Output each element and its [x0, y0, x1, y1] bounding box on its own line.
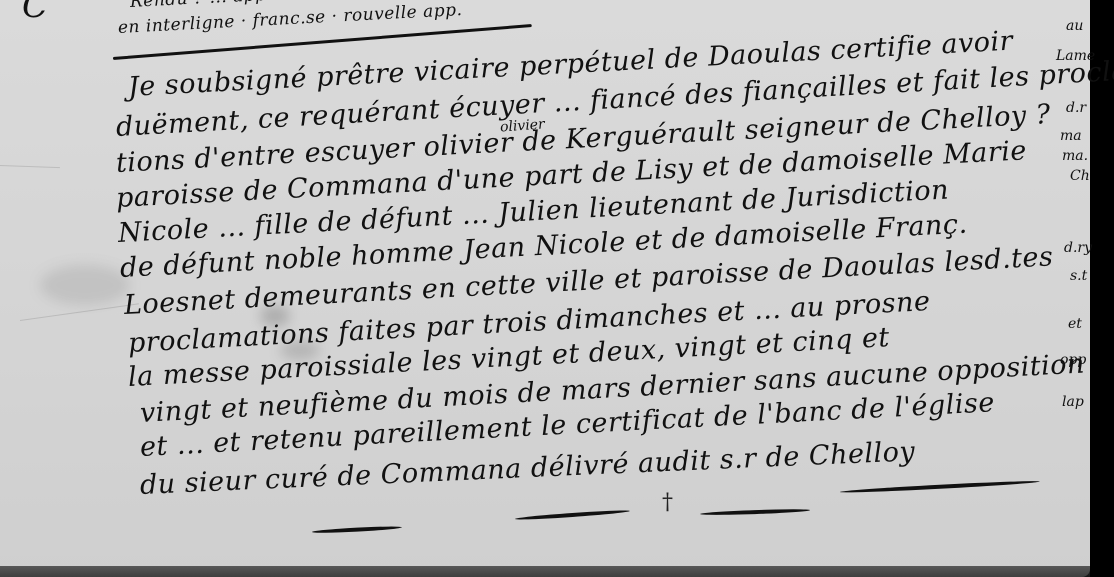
signature-cross-mark: †: [662, 490, 673, 515]
margin-note: lap: [1062, 394, 1084, 410]
decorative-initial: C: [22, 0, 48, 26]
margin-note: ma: [1060, 128, 1082, 144]
margin-note: d.ry: [1064, 240, 1092, 256]
ink-smudge: [40, 265, 130, 305]
margin-note: et: [1068, 316, 1082, 332]
margin-note: Lame: [1056, 48, 1095, 64]
margin-note: Ch: [1070, 168, 1090, 184]
closing-flourish: [840, 480, 1040, 494]
paper-sheet: C Rendu ? ... approuvé en interligne · f…: [0, 0, 1090, 577]
closing-flourish: [312, 525, 402, 534]
closing-flourish: [515, 509, 630, 521]
closing-flourish: [700, 508, 810, 516]
page-bottom-edge: [0, 566, 1090, 577]
document-scan: C Rendu ? ... approuvé en interligne · f…: [0, 0, 1114, 577]
margin-note: d.r: [1066, 100, 1086, 116]
paper-crease: [0, 165, 60, 168]
margin-note: ma.: [1062, 148, 1088, 164]
margin-note: s.t: [1070, 268, 1087, 284]
interlinear-note: olivier: [499, 116, 545, 135]
margin-note: au: [1066, 18, 1083, 34]
margin-note: opp: [1060, 352, 1086, 368]
paper-crease: [20, 303, 139, 321]
